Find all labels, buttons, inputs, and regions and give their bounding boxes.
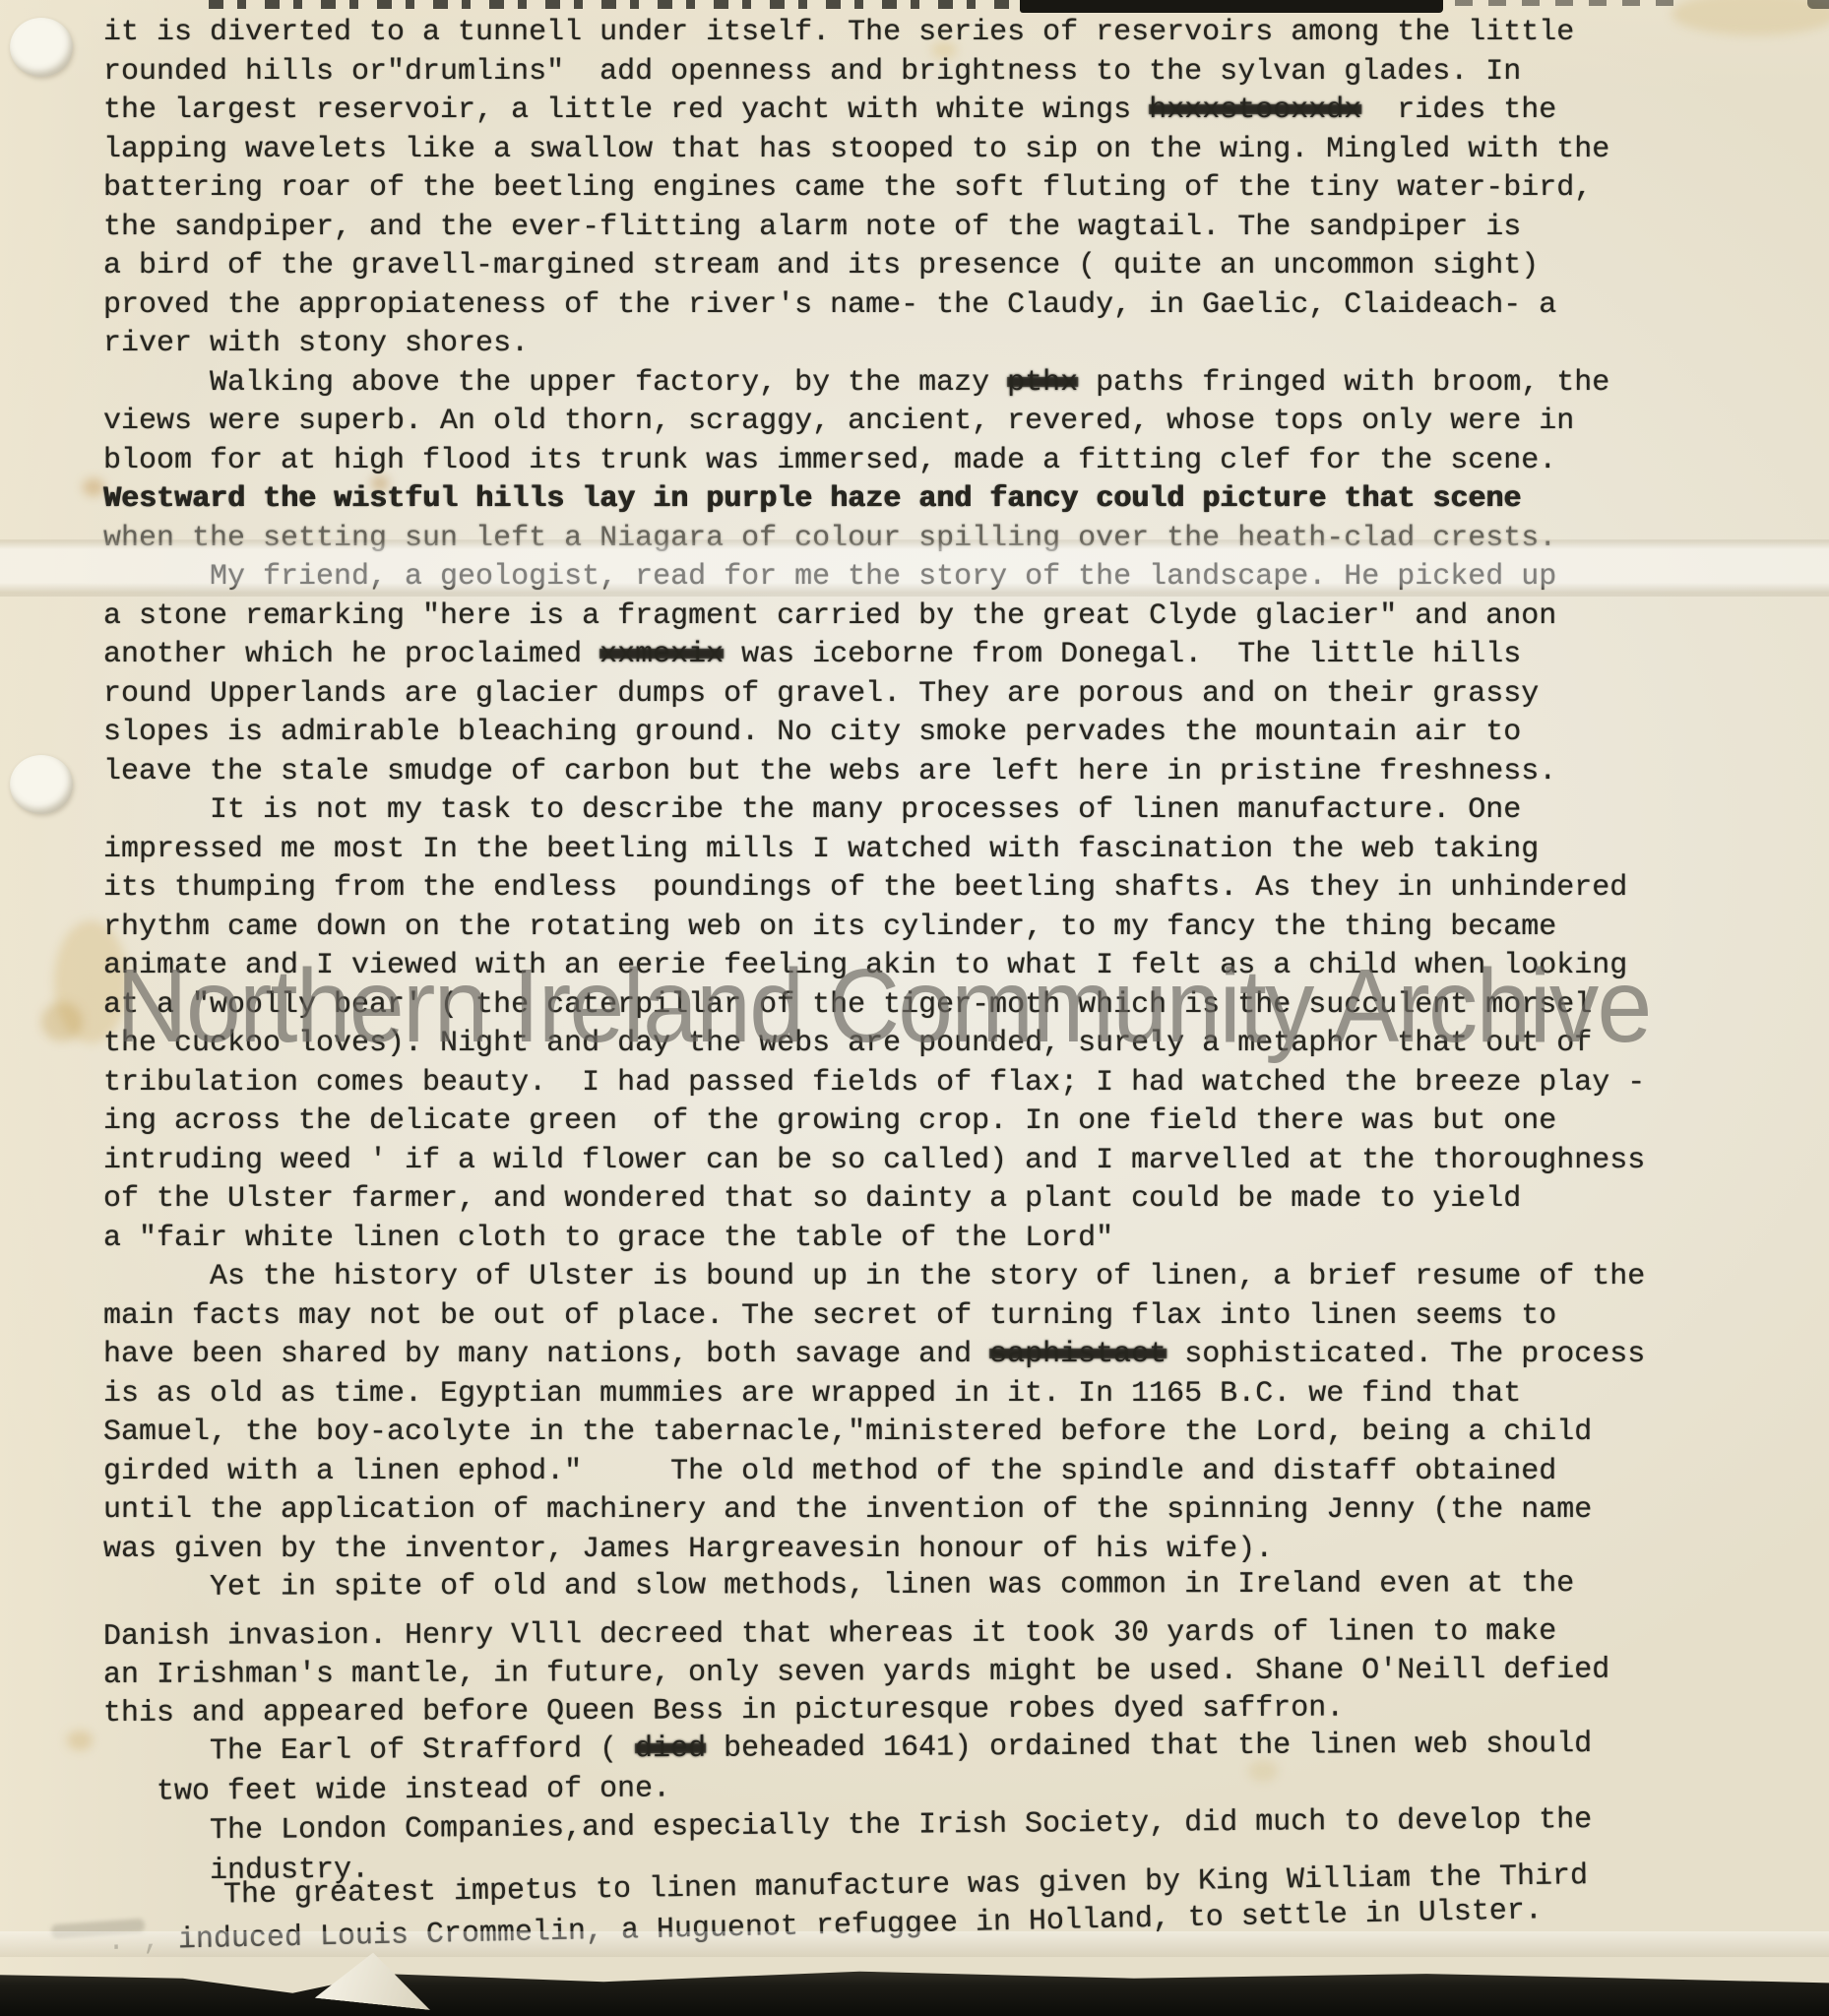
typed-text-run: impressed me most In the beetling mills … [103, 833, 1539, 866]
typed-line: until the application of machinery and t… [103, 1491, 1645, 1531]
typed-line: is as old as time. Egyptian mummies are … [103, 1375, 1645, 1415]
typed-line: My friend, a geologist, read for me the … [103, 558, 1645, 598]
typed-text-run: its thumping from the endless poundings … [103, 871, 1627, 905]
typed-line: impressed me most In the beetling mills … [103, 831, 1645, 870]
typed-line: girded with a linen ephod." The old meth… [103, 1453, 1645, 1492]
typed-line: Westward the wistful hills lay in purple… [103, 480, 1645, 520]
typed-line: proved the appropiateness of the river's… [103, 286, 1645, 326]
typed-text-run: beheaded 1641) ordained that the linen w… [706, 1728, 1592, 1766]
typed-text-run: a "fair white linen cloth to grace the t… [103, 1222, 1113, 1255]
typed-text-run: it is diverted to a tunnell under itself… [103, 16, 1574, 49]
typed-text-run: round Upperlands are glacier dumps of gr… [103, 677, 1539, 711]
stain [1671, 0, 1829, 35]
typed-line: tribulation comes beauty. I had passed f… [103, 1064, 1645, 1103]
clipped-line-fragments [209, 0, 1016, 9]
typed-text-run: Danish invasion. Henry Vlll decreed that… [103, 1614, 1556, 1653]
typed-text-run: is as old as time. Egyptian mummies are … [103, 1377, 1521, 1411]
typed-text-run: when the setting sun left a Niagara of c… [103, 522, 1556, 555]
typed-line: bloom for at high flood its trunk was im… [103, 442, 1645, 481]
watermark: Northern Ireland Community Archive [116, 947, 1650, 1066]
typed-text-run: ing across the delicate green of the gro… [103, 1104, 1556, 1138]
typed-text-run: of the Ulster farmer, and wondered that … [103, 1182, 1521, 1216]
struck-out-word: saphistact [989, 1338, 1167, 1371]
typed-line: battering roar of the beetling engines c… [103, 169, 1645, 209]
typed-line: Danish invasion. Henry Vlll decreed that… [103, 1612, 1645, 1657]
manuscript-page: it is diverted to a tunnell under itself… [0, 0, 1829, 2016]
typed-line: another which he proclaimed xxmexix was … [103, 636, 1645, 675]
typed-line: a stone remarking "here is a fragment ca… [103, 598, 1645, 637]
struck-out-word: died [635, 1732, 706, 1766]
typed-text-run: the largest reservoir, a little red yach… [103, 94, 1149, 127]
typed-text-run: lapping wavelets like a swallow that has… [103, 133, 1609, 166]
typed-text-run: two feet wide instead of one. [103, 1772, 670, 1809]
typed-line: As the history of Ulster is bound up in … [103, 1258, 1645, 1297]
typed-line: Yet in spite of old and slow methods, li… [103, 1565, 1645, 1608]
typed-text-run: sophisticated. The process [1167, 1338, 1645, 1371]
typed-text-run: Walking above the upper factory, by the … [103, 366, 1007, 400]
typed-text-run: a bird of the gravell-margined stream an… [103, 249, 1539, 283]
typed-line: lapping wavelets like a swallow that has… [103, 131, 1645, 170]
typed-text-run: battering roar of the beetling engines c… [103, 171, 1592, 205]
typed-text-run: Westward the wistful hills lay in purple… [103, 482, 1521, 516]
typed-text-run: The Earl of Strafford ( [103, 1732, 635, 1769]
typed-text-run: views were superb. An old thorn, scraggy… [103, 405, 1574, 438]
typed-line: It is not my task to describe the many p… [103, 791, 1645, 831]
typed-line: slopes is admirable bleaching ground. No… [103, 714, 1645, 753]
typed-text-run: proved the appropiateness of the river's… [103, 288, 1556, 322]
typed-text-run: tribulation comes beauty. I had passed f… [103, 1066, 1645, 1100]
page-corner-nick [1807, 0, 1829, 9]
typed-text-run: another which he proclaimed [103, 638, 599, 671]
torn-bottom-edge [0, 1959, 1829, 2016]
typed-line: rounded hills or"drumlins" add openness … [103, 53, 1645, 93]
typed-line: Samuel, the boy-acolyte in the tabernacl… [103, 1414, 1645, 1453]
typed-line: round Upperlands are glacier dumps of gr… [103, 675, 1645, 715]
typed-text-run: the sandpiper, and the ever-flitting ala… [103, 211, 1521, 244]
typed-text-run: main facts may not be out of place. The … [103, 1299, 1556, 1333]
typed-text-run: have been shared by many nations, both s… [103, 1338, 989, 1371]
typed-text-run: rounded hills or"drumlins" add openness … [103, 55, 1521, 89]
typed-line: it is diverted to a tunnell under itself… [103, 14, 1645, 53]
clipped-line-fragments [1455, 0, 1676, 6]
typed-line: intruding weed ' if a wild flower can be… [103, 1142, 1645, 1181]
stain [83, 478, 104, 496]
struck-out-word: pthx [1007, 366, 1078, 400]
typed-line: a bird of the gravell-margined stream an… [103, 247, 1645, 286]
typed-line: leave the stale smudge of carbon but the… [103, 753, 1645, 792]
typed-text-run: this and appeared before Queen Bess in p… [103, 1691, 1344, 1730]
typed-text-run: was iceborne from Donegal. The little hi… [724, 638, 1521, 671]
typed-text-run: bloom for at high flood its trunk was im… [103, 444, 1556, 477]
typed-text-run: an Irishman's mantle, in future, only se… [103, 1654, 1609, 1692]
typed-text-run: until the application of machinery and t… [103, 1493, 1592, 1527]
typed-text-run: girded with a linen ephod." The old meth… [103, 1455, 1556, 1488]
typed-text-run: rhythm came down on the rotating web on … [103, 911, 1556, 944]
typed-line: Walking above the upper factory, by the … [103, 364, 1645, 404]
typed-text-run: paths fringed with broom, the [1078, 366, 1609, 400]
typed-line: ing across the delicate green of the gro… [103, 1102, 1645, 1142]
stain [67, 1731, 93, 1750]
typed-line: views were superb. An old thorn, scraggy… [103, 403, 1645, 442]
typed-line: main facts may not be out of place. The … [103, 1297, 1645, 1337]
typed-line: river with stony shores. [103, 325, 1645, 364]
typed-text-run: intruding weed ' if a wild flower can be… [103, 1144, 1645, 1177]
typed-line: its thumping from the endless poundings … [103, 869, 1645, 909]
typed-text-run: As the history of Ulster is bound up in … [103, 1260, 1645, 1293]
typed-text-run: My friend, a geologist, read for me the … [103, 560, 1556, 594]
typed-text-run: leave the stale smudge of carbon but the… [103, 755, 1556, 788]
typed-text-run: Yet in spite of old and slow methods, li… [103, 1567, 1574, 1605]
typed-text-run: rides the [1361, 94, 1556, 127]
typed-line: the largest reservoir, a little red yach… [103, 92, 1645, 131]
typed-line: a "fair white linen cloth to grace the t… [103, 1220, 1645, 1259]
typed-text-run: was given by the inventor, James Hargrea… [103, 1533, 1273, 1566]
typed-text-run: a stone remarking "here is a fragment ca… [103, 599, 1556, 633]
clipped-line-overstrike-bar [1020, 0, 1443, 13]
struck-out-word: xxmexix [599, 638, 724, 671]
typed-line: of the Ulster farmer, and wondered that … [103, 1180, 1645, 1220]
punch-hole-middle [10, 755, 73, 814]
typed-line: the sandpiper, and the ever-flitting ala… [103, 209, 1645, 248]
stain [41, 1002, 83, 1041]
typed-line: was given by the inventor, James Hargrea… [103, 1531, 1645, 1570]
punch-hole-top [10, 18, 73, 77]
typed-line: rhythm came down on the rotating web on … [103, 909, 1645, 948]
typed-text-run: river with stony shores. [103, 327, 529, 360]
typed-line: have been shared by many nations, both s… [103, 1336, 1645, 1375]
typed-line: when the setting sun left a Niagara of c… [103, 520, 1645, 559]
typed-text-run: slopes is admirable bleaching ground. No… [103, 716, 1521, 749]
typed-text-run: Samuel, the boy-acolyte in the tabernacl… [103, 1416, 1592, 1449]
struck-out-word: hxxxstooxxdx [1149, 94, 1361, 127]
typed-text-run: It is not my task to describe the many p… [103, 793, 1521, 827]
